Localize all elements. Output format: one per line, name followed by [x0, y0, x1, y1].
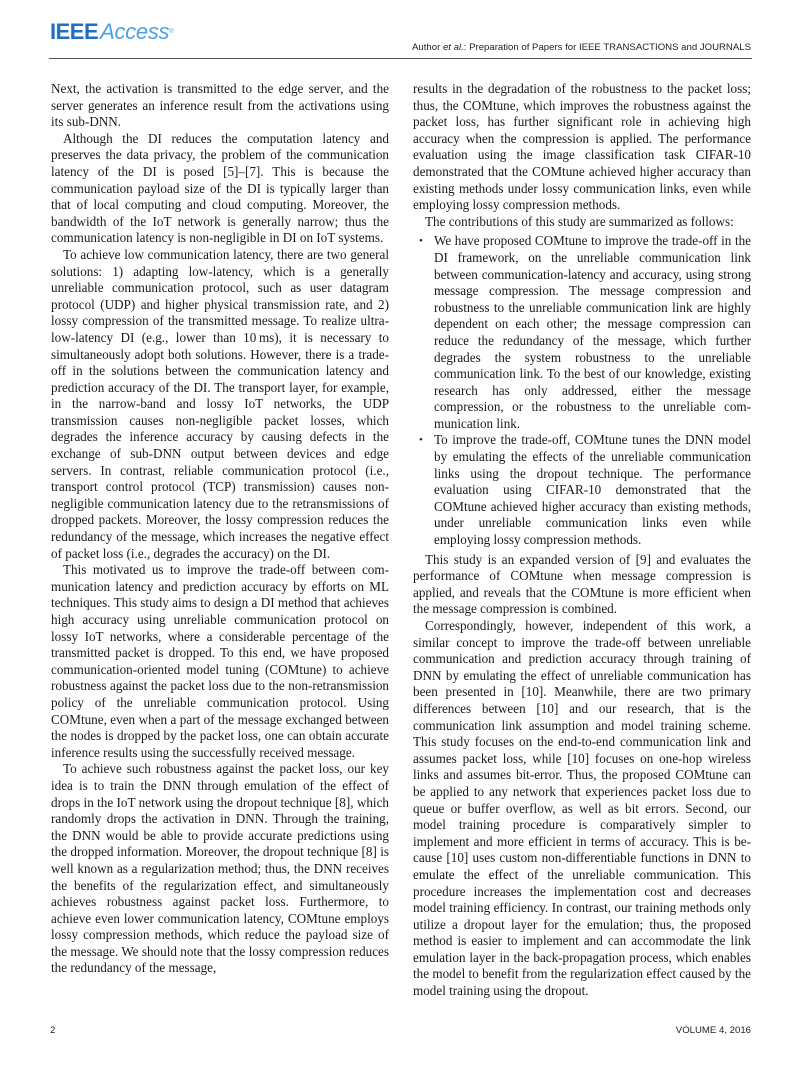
paragraph: This motivated us to improve the trade-o… [51, 562, 389, 761]
paragraph: Although the DI reduces the computation … [51, 131, 389, 247]
paragraph: This study is an expanded version of [9]… [413, 552, 751, 618]
left-column: Next, the activation is transmitted to t… [51, 81, 389, 977]
paragraph: Next, the activation is transmitted to t… [51, 81, 389, 131]
paragraph: To achieve low communication latency, th… [51, 247, 389, 562]
logo-access-text: Access [100, 19, 169, 44]
right-column: results in the degradation of the robust… [413, 81, 751, 1000]
paragraph: Correspondingly, however, independent of… [413, 618, 751, 1000]
header-divider [49, 58, 752, 59]
paragraph: To achieve such robustness against the p… [51, 761, 389, 977]
running-head-title: : Preparation of Papers for IEEE TRANSAC… [464, 42, 751, 53]
paragraph: results in the degradation of the robust… [413, 81, 751, 214]
logo-ieee-text: IEEE [50, 19, 98, 44]
page-number: 2 [50, 1025, 55, 1036]
volume-label: VOLUME 4, 2016 [676, 1025, 751, 1036]
logo-trademark: ® [169, 29, 173, 35]
running-head-et-al: et al. [443, 42, 464, 53]
ieee-access-logo: IEEEAccess® [50, 20, 174, 44]
contribution-item: We have proposed COMtune to improve the … [434, 233, 751, 432]
running-head: Author et al.: Preparation of Papers for… [412, 42, 751, 53]
contributions-intro: The contributions of this study are summ… [413, 214, 751, 231]
running-head-author: Author [412, 42, 443, 53]
contribution-item: To improve the trade-off, COMtune tunes … [434, 432, 751, 548]
contributions-list: We have proposed COMtune to improve the … [413, 233, 751, 548]
